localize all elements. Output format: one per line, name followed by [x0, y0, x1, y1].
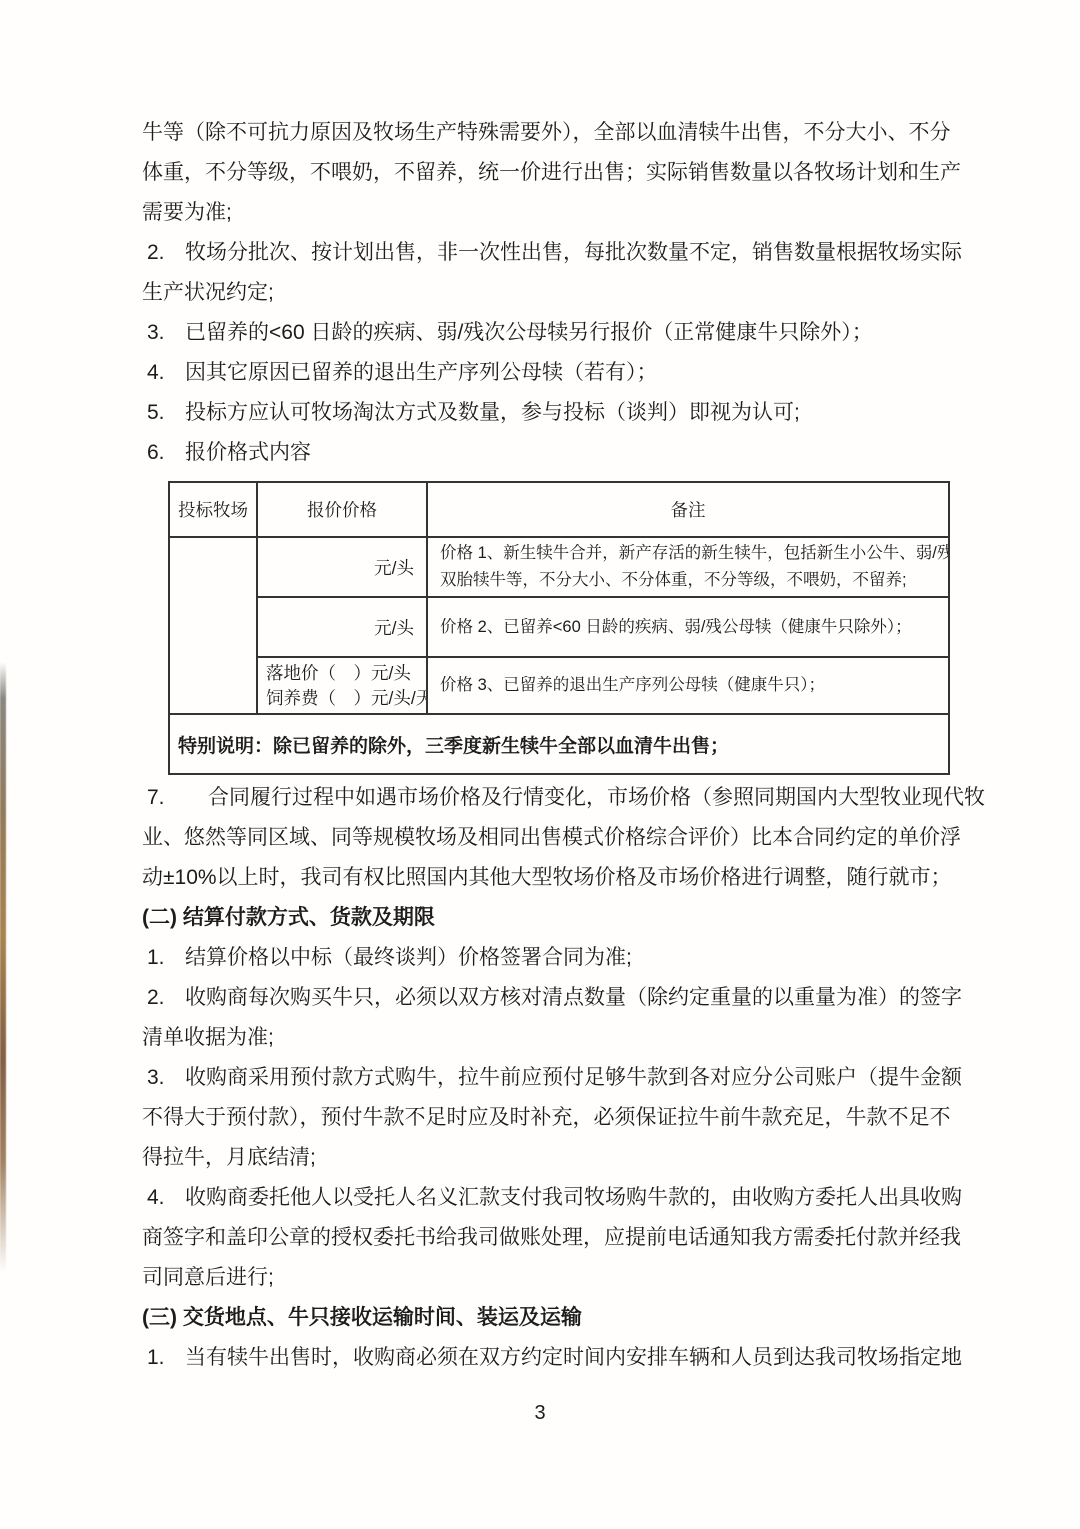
clause-line: 不得大于预付款），预付牛款不足时应及时补充，必须保证拉牛前牛款充足，牛款不足不 — [142, 1098, 972, 1138]
clause-line: 生产状况约定; — [142, 273, 972, 313]
section-heading-payment: (二) 结算付款方式、货款及期限 — [142, 898, 972, 938]
clause-text: 收购商委托他人以受托人名义汇款支付我司牧场购牛款的，由收购方委托人出具收购 — [185, 1186, 962, 1209]
header-quote-price: 报价价格 — [257, 482, 427, 537]
header-remarks: 备注 — [427, 482, 949, 537]
clause-number: 2. — [142, 233, 185, 273]
clause-line: 动±10%以上时，我司有权比照国内其他大型牧场价格及市场价格进行调整，随行就市； — [142, 858, 972, 898]
clause-text: 清单收据为准; — [142, 1026, 274, 1049]
heading-text: (二) 结算付款方式、货款及期限 — [142, 906, 435, 929]
clause-text: 牧场分批次、按计划出售，非一次性出售，每批次数量不定，销售数量根据牧场实际 — [185, 241, 962, 264]
remark-cell: 价格 3、已留养的退出生产序列公母犊（健康牛只）； — [427, 657, 949, 714]
clause-number: 1. — [142, 938, 185, 978]
clause-line: 1.结算价格以中标（最终谈判）价格签署合同为准; — [142, 938, 972, 978]
clause-text: 商签字和盖印公章的授权委托书给我司做账处理，应提前电话通知我方需委托付款并经我 — [142, 1226, 961, 1249]
clause-text: 牛等（除不可抗力原因及牧场生产特殊需要外），全部以血清犊牛出售，不分大小、不分 — [142, 121, 951, 144]
page-number: 3 — [0, 1393, 1080, 1433]
clause-text: 合同履行过程中如遇市场价格及行情变化，市场价格（参照同期国内大型牧业现代牧 — [208, 786, 985, 809]
clause-line: 司同意后进行; — [142, 1258, 972, 1298]
price-cell: 元/头 — [257, 537, 427, 597]
clause-line: 7.合同履行过程中如遇市场价格及行情变化，市场价格（参照同期国内大型牧业现代牧 — [142, 778, 972, 818]
section-heading-delivery: (三) 交货地点、牛只接收运输时间、装运及运输 — [142, 1298, 972, 1338]
farm-cell-empty — [169, 537, 257, 714]
clause-number: 7. — [142, 778, 208, 818]
price-line: 饲养费（ ）元/头/天 — [266, 686, 425, 711]
remark-line: 价格 2、已留养<60 日龄的疾病、弱/残公母犊（健康牛只除外）； — [440, 614, 947, 641]
special-note-row: 特别说明：除已留养的除外，三季度新生犊牛全部以血清牛出售； — [169, 714, 949, 774]
clause-number: 5. — [142, 393, 185, 433]
clause-text: 已留养的<60 日龄的疾病、弱/残次公母犊另行报价（正常健康牛只除外）； — [185, 321, 873, 344]
header-bid-farm: 投标牧场 — [169, 482, 257, 537]
clause-number: 1. — [142, 1338, 185, 1378]
clause-text: 得拉牛，月底结清; — [142, 1146, 316, 1169]
clause-number: 4. — [142, 1178, 185, 1218]
clause-line: 商签字和盖印公章的授权委托书给我司做账处理，应提前电话通知我方需委托付款并经我 — [142, 1218, 972, 1258]
table-header-row: 投标牧场 报价价格 备注 — [169, 482, 949, 537]
clause-line: 4.收购商委托他人以受托人名义汇款支付我司牧场购牛款的，由收购方委托人出具收购 — [142, 1178, 972, 1218]
clause-text: 当有犊牛出售时，收购商必须在双方约定时间内安排车辆和人员到达我司牧场指定地 — [185, 1346, 962, 1369]
clause-line: 6.报价格式内容 — [142, 433, 972, 473]
remark-line: 价格 3、已留养的退出生产序列公母犊（健康牛只）； — [440, 672, 947, 699]
clause-line: 2.收购商每次购买牛只，必须以双方核对清点数量（除约定重量的以重量为准）的签字 — [142, 978, 972, 1018]
document-body: 牛等（除不可抗力原因及牧场生产特殊需要外），全部以血清犊牛出售，不分大小、不分 … — [142, 113, 972, 1378]
clause-line: 得拉牛，月底结清; — [142, 1138, 972, 1178]
clause-number: 2. — [142, 978, 185, 1018]
clause-line: 需要为准; — [142, 193, 972, 233]
clause-line: 3.收购商采用预付款方式购牛，拉牛前应预付足够牛款到各对应分公司账户（提牛金额 — [142, 1058, 972, 1098]
clause-number: 3. — [142, 1058, 185, 1098]
clause-text: 报价格式内容 — [185, 441, 311, 464]
remark-cell: 价格 2、已留养<60 日龄的疾病、弱/残公母犊（健康牛只除外）； — [427, 597, 949, 657]
table-row: 元/头 价格 1、新生犊牛合并，新产存活的新生犊牛，包括新生小公牛、弱/残公母犊… — [169, 537, 949, 597]
clause-line: 1.当有犊牛出售时，收购商必须在双方约定时间内安排车辆和人员到达我司牧场指定地 — [142, 1338, 972, 1378]
clause-line: 2.牧场分批次、按计划出售，非一次性出售，每批次数量不定，销售数量根据牧场实际 — [142, 233, 972, 273]
clause-number: 6. — [142, 433, 185, 473]
table-row: 落地价（ ）元/头 饲养费（ ）元/头/天 价格 3、已留养的退出生产序列公母犊… — [169, 657, 949, 714]
clause-text: 生产状况约定; — [142, 281, 274, 304]
clause-line: 4.因其它原因已留养的退出生产序列公母犊（若有）； — [142, 353, 972, 393]
clause-line: 体重，不分等级，不喂奶，不留养，统一价进行出售；实际销售数量以各牧场计划和生产 — [142, 153, 972, 193]
scanned-contract-page: 牛等（除不可抗力原因及牧场生产特殊需要外），全部以血清犊牛出售，不分大小、不分 … — [0, 0, 1080, 1529]
table-row: 元/头 价格 2、已留养<60 日龄的疾病、弱/残公母犊（健康牛只除外）； — [169, 597, 949, 657]
clause-text: 体重，不分等级，不喂奶，不留养，统一价进行出售；实际销售数量以各牧场计划和生产 — [142, 161, 961, 184]
scan-edge-artifact — [0, 662, 6, 1272]
clause-line: 业、悠然等同区域、同等规模牧场及相同出售模式价格综合评价）比本合同约定的单价浮 — [142, 818, 972, 858]
clause-text: 投标方应认可牧场淘汰方式及数量，参与投标（谈判）即视为认可; — [185, 401, 800, 424]
clause-text: 因其它原因已留养的退出生产序列公母犊（若有）； — [185, 361, 658, 384]
clause-text: 收购商每次购买牛只，必须以双方核对清点数量（除约定重量的以重量为准）的签字 — [185, 986, 962, 1009]
price-cell: 元/头 — [257, 597, 427, 657]
clause-number: 4. — [142, 353, 185, 393]
remark-line: 双胎犊牛等，不分大小、不分体重，不分等级，不喂奶，不留养; — [440, 567, 947, 594]
clause-text: 不得大于预付款），预付牛款不足时应及时补充，必须保证拉牛前牛款充足，牛款不足不 — [142, 1106, 951, 1129]
clause-line: 清单收据为准; — [142, 1018, 972, 1058]
clause-line: 牛等（除不可抗力原因及牧场生产特殊需要外），全部以血清犊牛出售，不分大小、不分 — [142, 113, 972, 153]
quote-format-table: 投标牧场 报价价格 备注 元/头 价格 1、新生犊牛合并，新产存活的新生犊牛，包… — [168, 481, 950, 775]
clause-text: 业、悠然等同区域、同等规模牧场及相同出售模式价格综合评价）比本合同约定的单价浮 — [142, 826, 961, 849]
clause-line: 5.投标方应认可牧场淘汰方式及数量，参与投标（谈判）即视为认可; — [142, 393, 972, 433]
clause-text: 动±10%以上时，我司有权比照国内其他大型牧场价格及市场价格进行调整，随行就市； — [142, 866, 952, 889]
special-note-text: 特别说明：除已留养的除外，三季度新生犊牛全部以血清牛出售； — [169, 714, 949, 774]
heading-text: (三) 交货地点、牛只接收运输时间、装运及运输 — [142, 1306, 582, 1329]
clause-text: 司同意后进行; — [142, 1266, 274, 1289]
remark-line: 价格 1、新生犊牛合并，新产存活的新生犊牛，包括新生小公牛、弱/残公母犊、异性 — [440, 540, 947, 567]
clause-text: 收购商采用预付款方式购牛，拉牛前应预付足够牛款到各对应分公司账户（提牛金额 — [185, 1066, 962, 1089]
clause-text: 需要为准; — [142, 201, 232, 224]
clause-number: 3. — [142, 313, 185, 353]
price-line: 落地价（ ）元/头 — [266, 661, 425, 686]
remark-cell: 价格 1、新生犊牛合并，新产存活的新生犊牛，包括新生小公牛、弱/残公母犊、异性 … — [427, 537, 949, 597]
clause-text: 结算价格以中标（最终谈判）价格签署合同为准; — [185, 946, 632, 969]
price-cell: 落地价（ ）元/头 饲养费（ ）元/头/天 — [257, 657, 427, 714]
clause-line: 3.已留养的<60 日龄的疾病、弱/残次公母犊另行报价（正常健康牛只除外）； — [142, 313, 972, 353]
